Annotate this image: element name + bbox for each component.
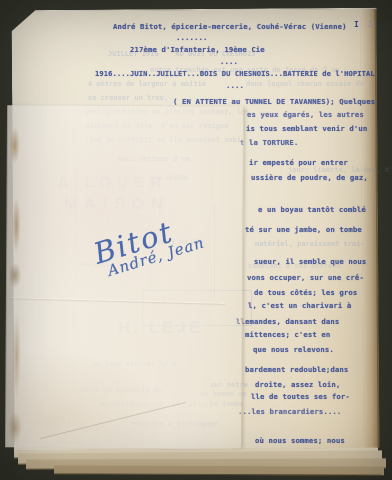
stacked-page-edge — [54, 465, 384, 475]
foxing-stains — [5, 105, 32, 447]
folded-corner — [11, 11, 38, 35]
page-right-edge — [360, 9, 379, 448]
photo-scene: 2JUILLET 1916 AU BOIS DU CHESNOISnotre t… — [0, 0, 392, 480]
